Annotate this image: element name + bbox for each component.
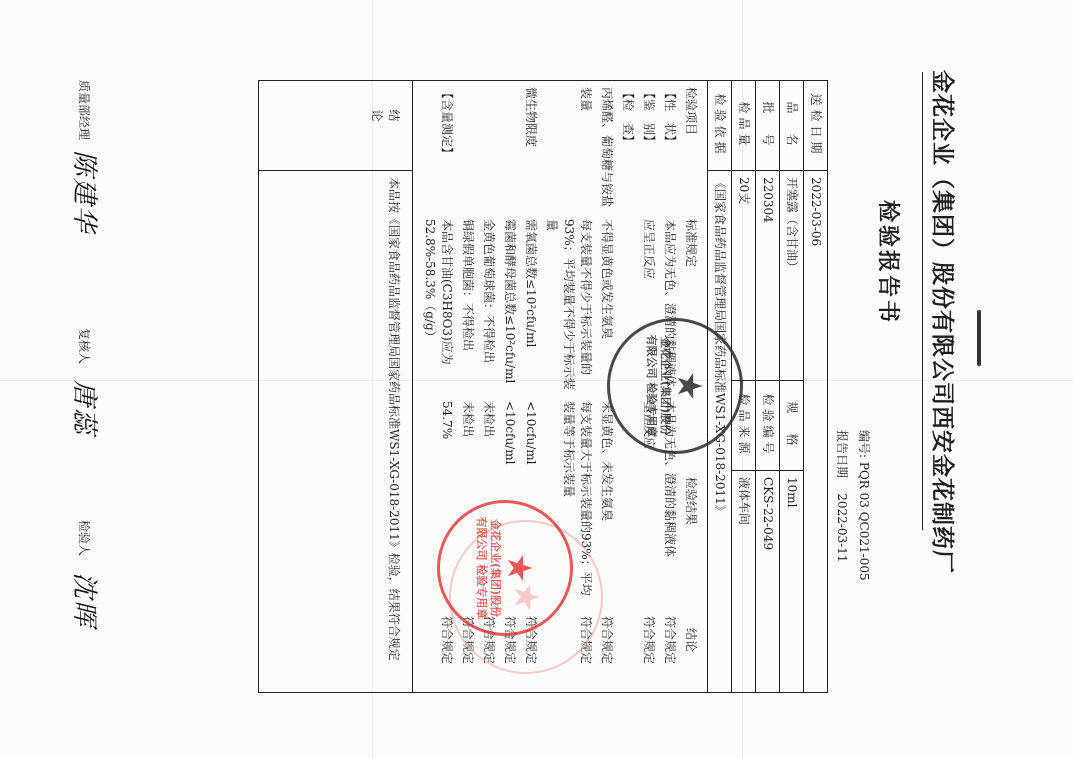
qa-manager-signature: 陈建华 [68,150,105,234]
items-header-item: 检验项目 [682,87,699,215]
conclusion-label: 结 论 [259,81,413,171]
batch-value: 220304 [756,171,780,381]
test-item-conclusion [619,605,636,675]
test-item-standard: 铜绿假单胞菌：不得检出 [459,219,476,397]
test-item-item: 装量 [543,87,594,215]
inspection-no-label: 检验编号 [756,381,780,471]
test-item-standard: 本品含甘油(C3H8O3)应为52.8%-58.3%（g/g） [421,219,455,397]
spec-value: 10ml [780,471,804,693]
test-item-item: 微生物限度 [522,87,539,215]
report-date: 报告日期 2022-03-11 [834,430,851,562]
submit-date-value: 2022-03-06 [804,171,828,693]
product-label: 品 名 [780,81,804,171]
punch-mark [977,310,981,366]
test-item-item [501,87,518,215]
table-row: 批 号 220304 检验编号 CKS-22-049 [756,81,780,693]
black-stamp-text: 金花企业(集团)股份有限公司 检验专用章 [645,335,672,438]
inspector-label: 检验人 [76,520,93,556]
batch-label: 批 号 [756,81,780,171]
reviewer-signature: 唐蕊 [68,380,105,436]
test-item-standard: 金黄色葡萄球菌：不得检出 [480,219,497,397]
inspector-signature: 沈晖 [68,572,105,628]
report-date-value: 2022-03-11 [835,493,849,562]
product-value: 开塞露（含甘油） [780,171,804,381]
doc-no-label: 编号: [857,430,871,458]
quantity-value: 20支 [732,171,756,381]
table-row: 品 名 开塞露（含甘油） 规 格 10ml [780,81,804,693]
black-inspection-stamp: ★ 金花企业(集团)股份有限公司 检验专用章 [607,318,743,454]
basis-label: 检验依据 [708,81,732,171]
doc-no-value: PQR 03 QC021-005 [857,462,871,581]
test-item-conclusion: 符合规定 [640,605,657,675]
red-inspection-stamp: ★ 金花企业(集团)股份有限公司 检验专用章 [437,500,573,636]
title-underline [922,72,923,530]
red-stamp-text: 金花企业(集团)股份有限公司 检验专用章 [475,517,502,620]
source-value: 液体车间 [732,471,756,693]
test-item-standard: 每支装量不得少于标示装量的93%；平均装量不得少于标示装量 [543,219,594,397]
quantity-label: 检品量 [732,81,756,171]
report-date-label: 报告日期 [835,430,849,478]
test-item-item [459,87,476,215]
qa-manager-label: 质量部经理 [76,80,93,140]
spec-label: 规 格 [780,381,804,471]
test-item-item: 【鉴 别】 [640,87,657,215]
company-name: 金花企业（集团）股份有限公司西安金花制药厂 [928,70,961,530]
test-item-conclusion: 符合规定 [661,605,678,675]
test-item-item: 【检 查】 [619,87,636,215]
star-icon: ★ [672,333,706,439]
reviewer-label: 复核人 [76,328,93,364]
test-item-item: 丙烯醛、葡萄糖与铵盐 [598,87,615,215]
test-item-item: 【含量测定】 [421,87,455,215]
test-item-item [480,87,497,215]
table-row: 结 论 本品按《国家食品药品监督管理局国家药品标准WS1-XG-018-2011… [259,81,413,693]
items-header-conclusion: 结论 [682,605,699,675]
report-title: 检验报告书 [874,200,905,325]
test-item-item: 【性 状】 [661,87,678,215]
table-row: 送检日期 2022-03-06 [804,81,828,693]
submit-date-label: 送检日期 [804,81,828,171]
test-item-conclusion: 符合规定 [421,605,455,675]
document-number: 编号: PQR 03 QC021-005 [856,430,873,581]
conclusion-text: 本品按《国家食品药品监督管理局国家药品标准WS1-XG-018-2011》检验，… [259,171,413,693]
star-icon: ★ [502,515,536,621]
test-item-result: 未显黄色、未发生氨臭 [598,401,615,601]
test-item-standard: 需氧菌总数≤10²cfu/ml [522,219,539,397]
test-item-standard: 霉菌和酵母菌总数≤10²cfu/ml [501,219,518,397]
inspection-report-page: 金花企业（集团）股份有限公司西安金花制药厂 检验报告书 编号: PQR 03 Q… [0,0,1073,758]
inspection-no-value: CKS-22-049 [756,471,780,693]
